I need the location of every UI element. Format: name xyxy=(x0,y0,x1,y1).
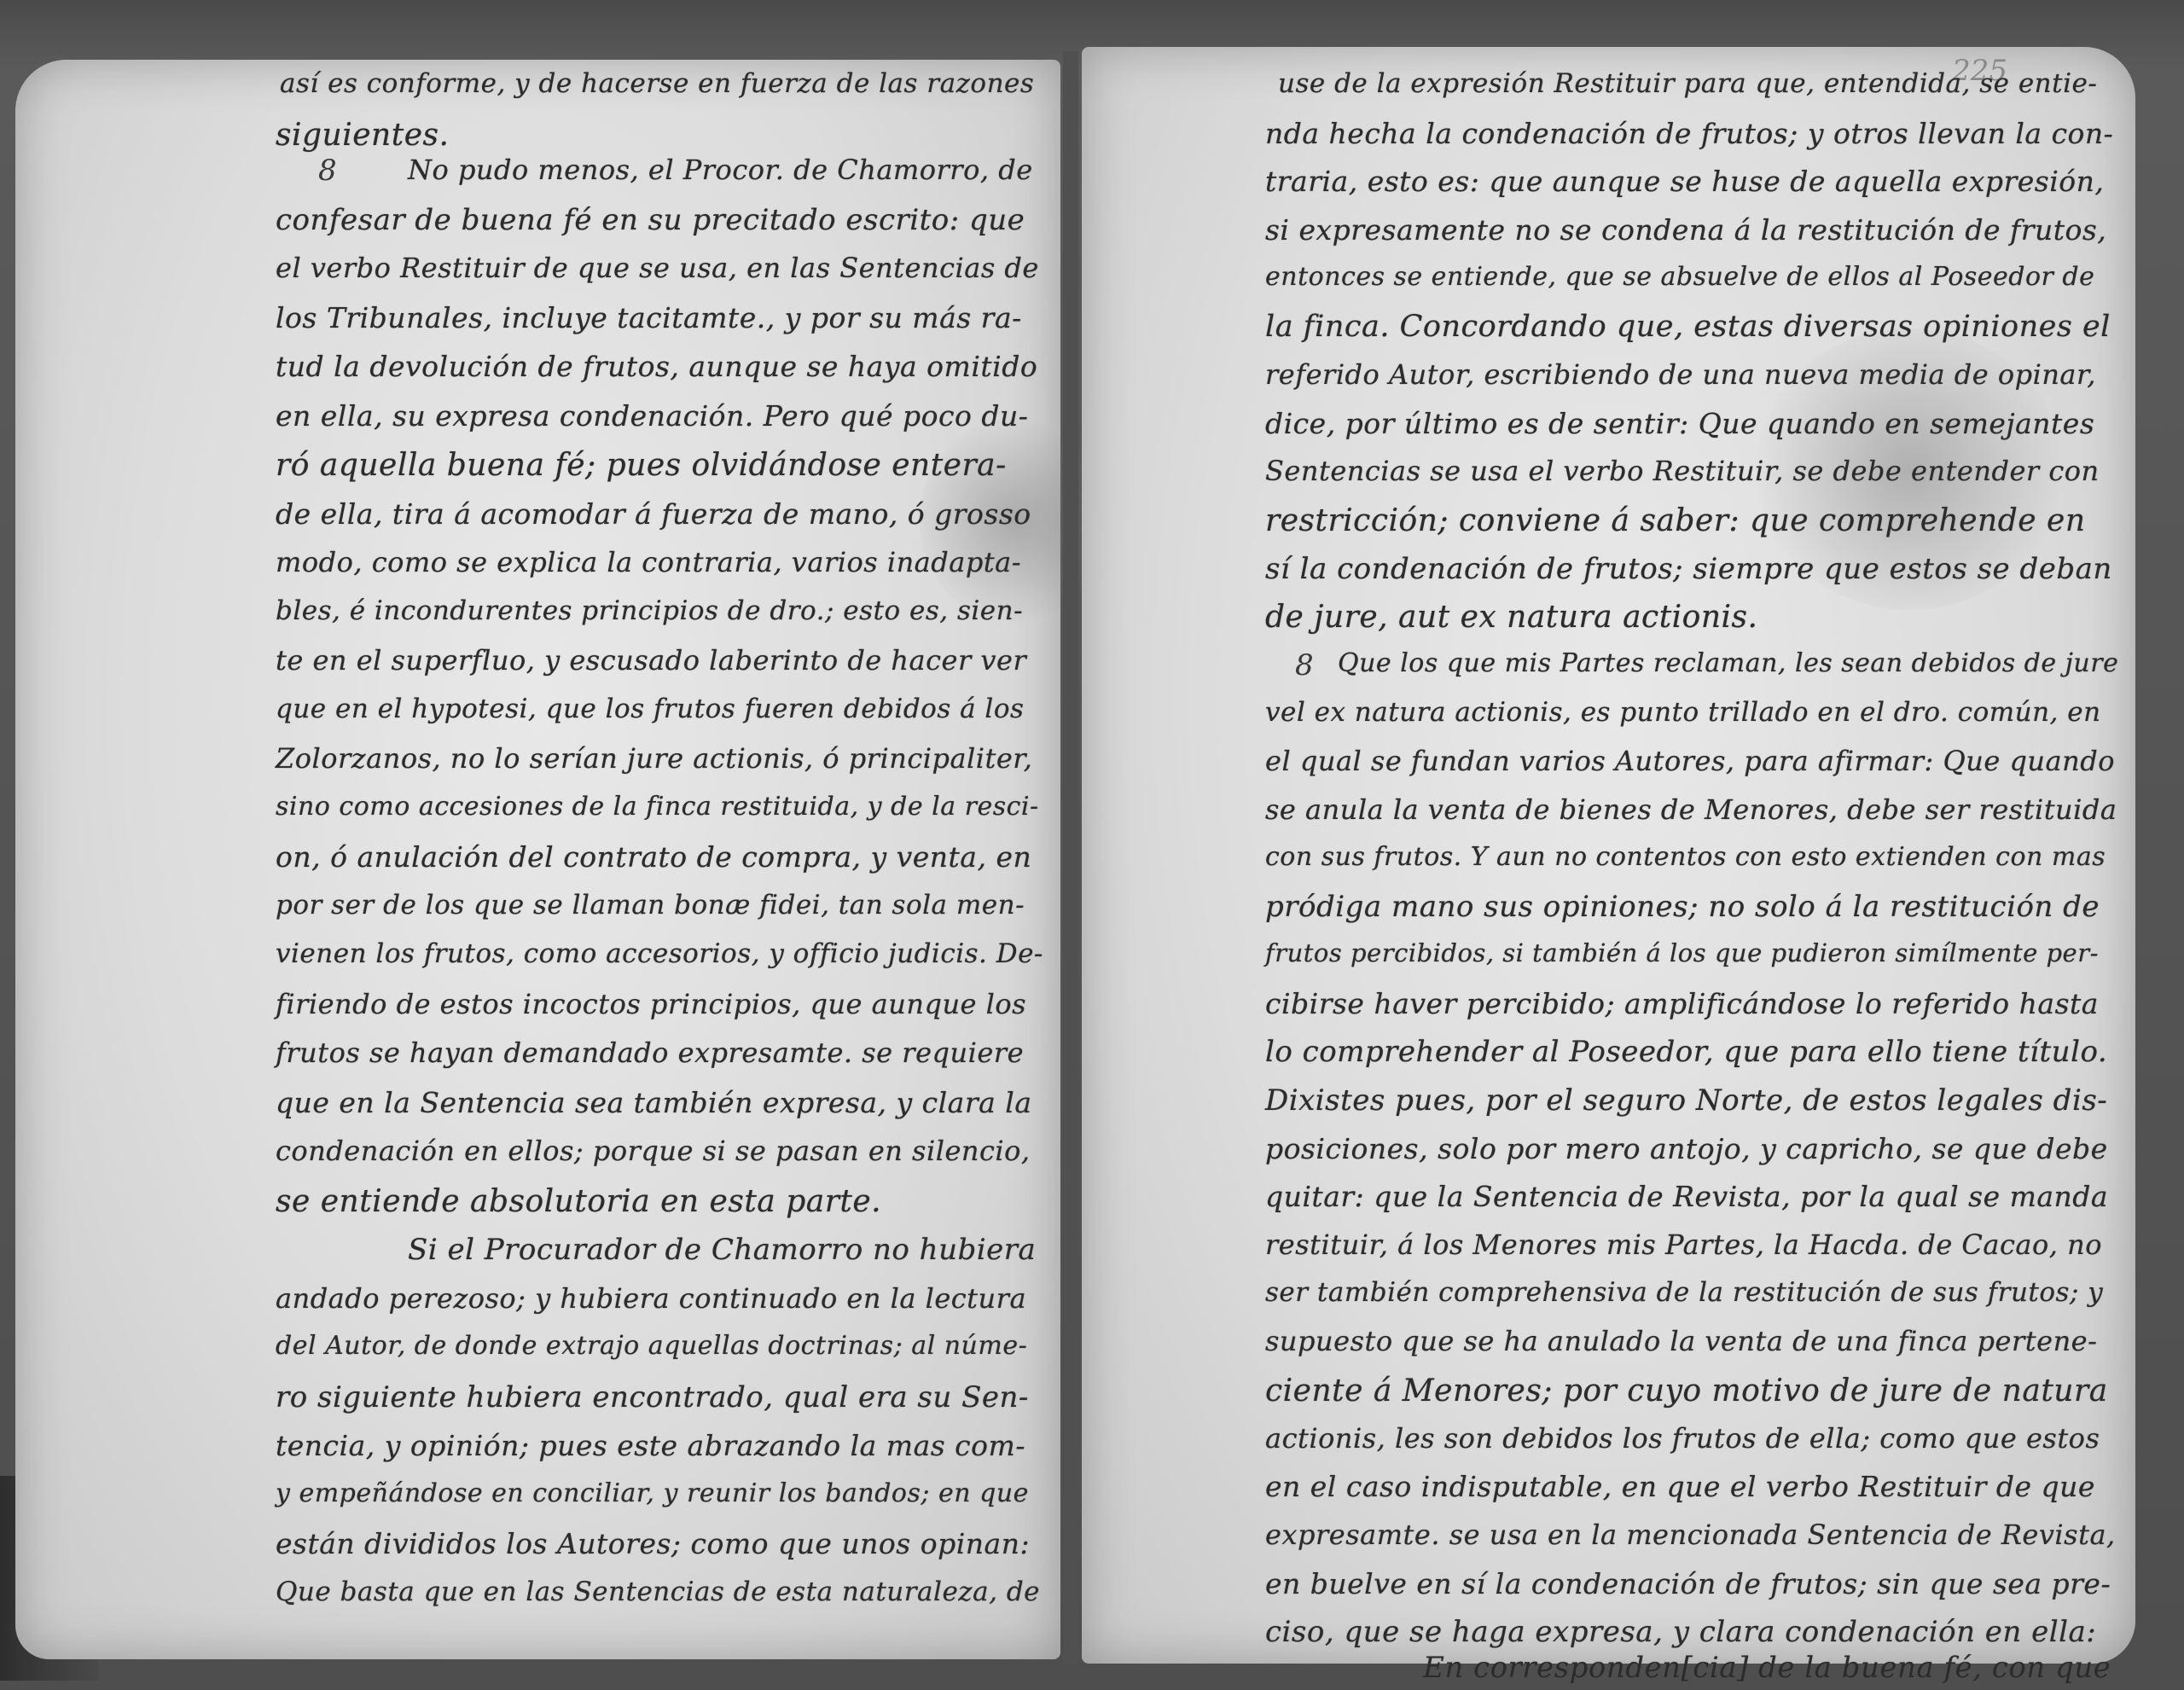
text-line: ciente á Menores; por cuyo motivo de jur… xyxy=(1265,1373,2108,1408)
text-line: bles, é incondurentes principios de dro.… xyxy=(276,595,1023,626)
text-line: Que los que mis Partes reclaman, les sea… xyxy=(1338,648,2118,678)
text-line: referido Autor, escribiendo de una nueva… xyxy=(1265,358,2096,391)
text-line: on, ó anulación del contrato de compra, … xyxy=(276,840,1031,874)
text-line: quitar: que la Sentencia de Revista, por… xyxy=(1265,1180,2108,1213)
margin-mark: 8 xyxy=(1295,648,1314,682)
text-line: del Autor, de donde extrajo aquellas doc… xyxy=(276,1331,1027,1361)
left-page: 8 así es conforme, y de hacerse en fuerz… xyxy=(15,60,1060,1659)
text-line: de jure, aut ex natura actionis. xyxy=(1265,600,1757,635)
manuscript-scan: 8 así es conforme, y de hacerse en fuerz… xyxy=(0,0,2184,1690)
text-line: frutos se hayan demandado expresamte. se… xyxy=(276,1037,1024,1069)
text-line: si expresamente no se condena á la resti… xyxy=(1265,213,2106,247)
text-line: nda hecha la condenación de frutos; y ot… xyxy=(1265,117,2113,150)
text-line: el verbo Restituir de que se usa, en las… xyxy=(276,252,1039,284)
text-line: los Tribunales, incluye tacitamte., y po… xyxy=(276,301,1022,334)
text-line: vienen los frutos, como accesorios, y of… xyxy=(276,938,1043,969)
text-line: No pudo menos, el Procor. de Chamorro, d… xyxy=(408,154,1033,186)
text-line: por ser de los que se llaman bonæ fidei,… xyxy=(276,890,1025,920)
text-line: sí la condenación de frutos; siempre que… xyxy=(1265,552,2112,586)
text-line: están divididos los Autores; como que un… xyxy=(276,1527,1030,1560)
text-line: tud la devolución de frutos, aunque se h… xyxy=(276,350,1037,383)
text-line: Zolorzanos, no lo serían jure actionis, … xyxy=(276,742,1032,775)
text-line: Sentencias se usa el verbo Restituir, se… xyxy=(1265,455,2100,487)
text-line: ro siguiente hubiera encontrado, qual er… xyxy=(276,1380,1029,1414)
text-line: se entiende absolutoria en esta parte. xyxy=(276,1184,881,1219)
text-line: firiendo de estos incoctos principios, q… xyxy=(276,988,1026,1020)
text-line: frutos percibidos, si también á los que … xyxy=(1265,938,2099,967)
text-line: que en la Sentencia sea también expresa,… xyxy=(276,1086,1032,1119)
text-line: así es conforme, y de hacerse en fuerza … xyxy=(280,68,1034,99)
text-line: condenación en ellos; porque si se pasan… xyxy=(276,1135,1031,1167)
text-line: con sus frutos. Y aun no contentos con e… xyxy=(1265,842,2106,872)
text-line: Si el Procurador de Chamorro no hubiera xyxy=(408,1233,1036,1267)
text-line: te en el superfluo, y escusado laberinto… xyxy=(276,644,1026,677)
text-line: en ella, su expresa condenación. Pero qu… xyxy=(276,399,1028,433)
text-line: de ella, tira á acomodar á fuerza de man… xyxy=(276,497,1031,531)
text-line: que en el hypotesi, que los frutos fuere… xyxy=(276,694,1024,724)
text-line: ser también comprehensiva de la restituc… xyxy=(1265,1277,2103,1308)
text-line: en buelve en sí la condenación de frutos… xyxy=(1265,1567,2111,1600)
text-line: restituir, á los Menores mis Partes, la … xyxy=(1265,1228,2102,1261)
right-page: 225 use de la expresión Restituir para q… xyxy=(1082,47,2135,1664)
text-line: restricción; conviene á saber: que compr… xyxy=(1265,503,2086,538)
text-line: use de la expresión Restituir para que, … xyxy=(1278,68,2097,99)
text-line: supuesto que se ha anulado la venta de u… xyxy=(1265,1325,2097,1357)
text-line: lo comprehender al Poseedor, que para el… xyxy=(1265,1035,2107,1069)
text-line: siguientes. xyxy=(276,118,449,153)
text-line: pródiga mano sus opiniones; no solo á la… xyxy=(1265,890,2100,924)
text-line: ró aquella buena fé; pues olvidándose en… xyxy=(276,448,1007,483)
text-line: traria, esto es: que aunque se huse de a… xyxy=(1265,165,2104,198)
text-line: Dixistes pues, por el seguro Norte, de e… xyxy=(1265,1083,2107,1118)
text-line: En corresponden[cia] de la buena fé, con… xyxy=(1423,1651,2111,1685)
text-line: y empeñándose en conciliar, y reunir los… xyxy=(276,1478,1029,1508)
text-line: tencia, y opinión; pues este abrazando l… xyxy=(276,1429,1025,1462)
text-line: en el caso indisputable, en que el verbo… xyxy=(1265,1470,2095,1503)
text-line: andado perezoso; y hubiera continuado en… xyxy=(276,1282,1026,1315)
text-line: cibirse haver percibido; amplificándose … xyxy=(1265,987,2099,1020)
text-line: entonces se entiende, que se absuelve de… xyxy=(1265,262,2094,292)
margin-mark: 8 xyxy=(318,154,337,188)
text-line: la finca. Concordando que, estas diversa… xyxy=(1265,310,2111,344)
text-line: dice, por último es de sentir: Que quand… xyxy=(1265,407,2094,440)
text-line: sino como accesiones de la finca restitu… xyxy=(276,792,1039,822)
book-gutter xyxy=(1063,51,1078,1664)
text-line: ciso, que se haga expresa, y clara conde… xyxy=(1265,1615,2096,1649)
text-line: expresamte. se usa en la mencionada Sent… xyxy=(1265,1519,2116,1551)
text-line: el qual se fundan varios Autores, para a… xyxy=(1265,745,2115,777)
text-line: posiciones, solo por mero antojo, y capr… xyxy=(1265,1132,2108,1165)
text-line: se anula la venta de bienes de Menores, … xyxy=(1265,793,2117,826)
text-line: confesar de buena fé en su precitado esc… xyxy=(276,203,1025,237)
text-line: modo, como se explica la contraria, vari… xyxy=(276,546,1021,578)
text-line: Que basta que en las Sentencias de esta … xyxy=(276,1577,1040,1607)
text-line: actionis, les son debidos los frutos de … xyxy=(1265,1422,2100,1455)
text-line: vel ex natura actionis, es punto trillad… xyxy=(1265,697,2101,728)
